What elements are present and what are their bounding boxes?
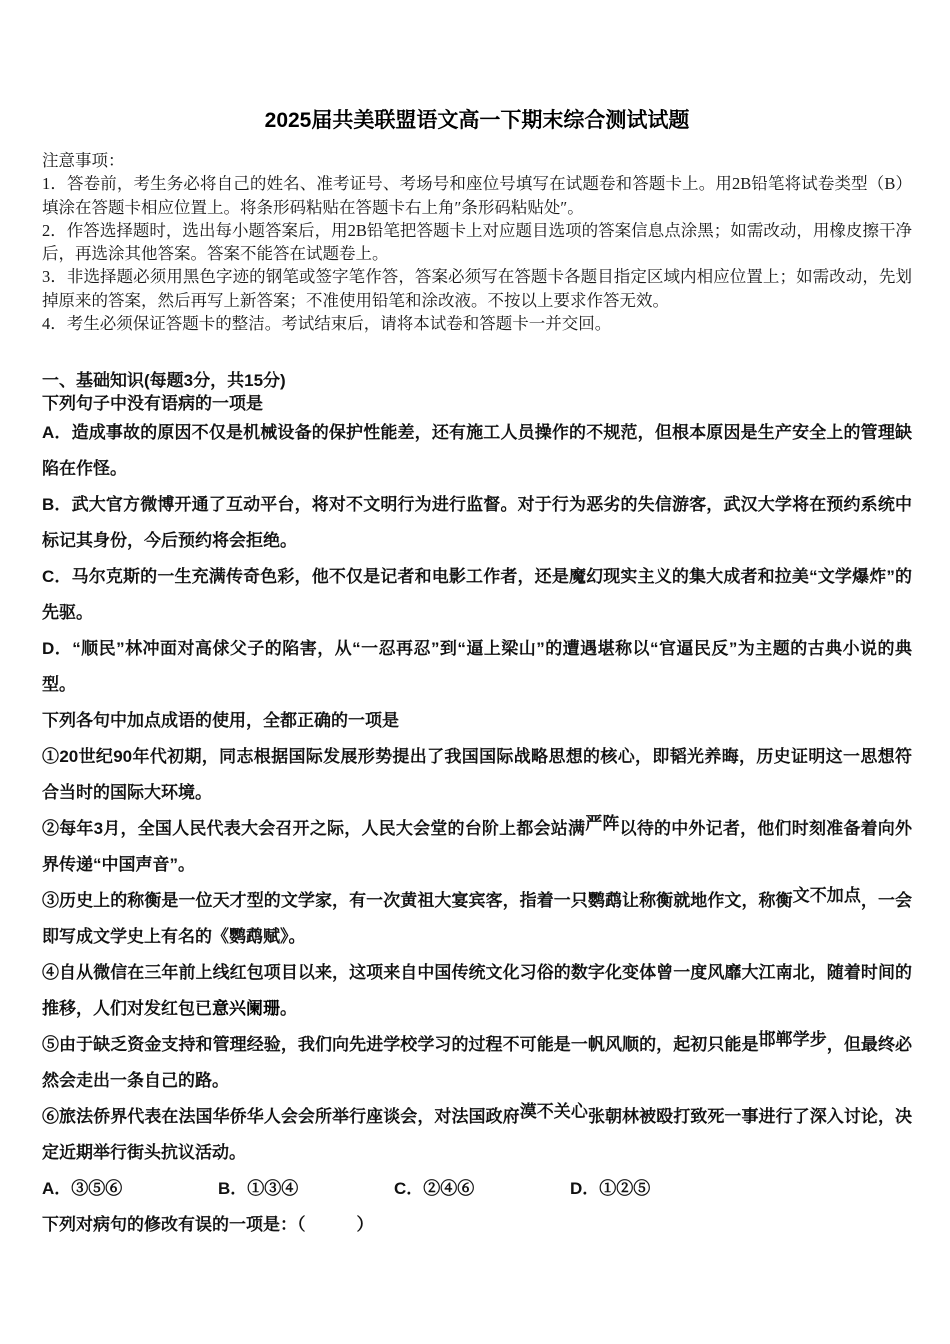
q3-prompt: 下列对病句的修改有误的一项是：（ ）: [42, 1207, 912, 1243]
q2-stem-item: ①20世纪90年代初期，同志根据国际发展形势提出了我国国际战略思想的核心，即韬光…: [42, 739, 912, 811]
q1-option-d: D．“顺民”林冲面对高俅父子的陷害，从“一忍再忍”到“逼上梁山”的遭遇堪称以“官…: [42, 631, 912, 703]
q2-answer-c: C．②④⑥: [394, 1171, 570, 1207]
emphasized-idiom: 邯郸学步: [759, 1030, 827, 1049]
notice-item-1: 1．答卷前，考生务必将自己的姓名、准考证号、考场号和座位号填写在试题卷和答题卡上…: [42, 172, 912, 219]
q1-option-b: B．武大官方微博开通了互动平台，将对不文明行为进行监督。对于行为恶劣的失信游客，…: [42, 487, 912, 559]
q2-stem-list: ①20世纪90年代初期，同志根据国际发展形势提出了我国国际战略思想的核心，即韬光…: [42, 739, 912, 1171]
stem-text: ④自从微信在三年前上线红包项目以来，这项来自中国传统文化习俗的数字化变体曾一度风…: [42, 963, 912, 1018]
notice-section: 注意事项： 1．答卷前，考生务必将自己的姓名、准考证号、考场号和座位号填写在试题…: [42, 149, 912, 335]
stem-text: ①20世纪90年代初期，同志根据国际发展形势提出了我国国际战略思想的核心，即韬光…: [42, 747, 912, 802]
q2-answer-row: A．③⑤⑥ B．①③④ C．②④⑥ D．①②⑤: [42, 1171, 912, 1207]
question-section: 一、基础知识(每题3分，共15分) 下列句子中没有语病的一项是 A．造成事故的原…: [42, 369, 912, 1243]
section-one-heading: 一、基础知识(每题3分，共15分): [42, 369, 912, 392]
q2-stem-item: ⑥旅法侨界代表在法国华侨华人会会所举行座谈会，对法国政府漠不关心张朝林被殴打致死…: [42, 1099, 912, 1171]
q1-option-a: A．造成事故的原因不仅是机械设备的保护性能差，还有施工人员操作的不规范，但根本原…: [42, 415, 912, 487]
stem-text: ②每年3月，全国人民代表大会召开之际，人民大会堂的台阶上都会站满: [42, 819, 585, 838]
emphasized-idiom: 漠不关心: [520, 1102, 588, 1121]
q2-stem-item: ④自从微信在三年前上线红包项目以来，这项来自中国传统文化习俗的数字化变体曾一度风…: [42, 955, 912, 1027]
q1-option-c: C．马尔克斯的一生充满传奇色彩，他不仅是记者和电影工作者，还是魔幻现实主义的集大…: [42, 559, 912, 631]
stem-text: ⑥旅法侨界代表在法国华侨华人会会所举行座谈会，对法国政府: [42, 1107, 520, 1126]
stem-text: 。: [280, 999, 297, 1018]
notice-item-3: 3．非选择题必须用黑色字迹的钢笔或签字笔作答，答案必须写在答题卡各题目指定区域内…: [42, 265, 912, 312]
emphasized-idiom: 文不加点: [793, 886, 861, 905]
q1-prompt: 下列句子中没有语病的一项是: [42, 392, 912, 415]
page-title: 2025届共美联盟语文高一下期末综合测试试题: [42, 106, 912, 136]
notice-item-4: 4．考生必须保证答题卡的整洁。考试结束后，请将本试卷和答题卡一并交回。: [42, 312, 912, 335]
q2-answer-b: B．①③④: [218, 1171, 394, 1207]
q2-prompt: 下列各句中加点成语的使用，全都正确的一项是: [42, 703, 912, 739]
notice-item-2: 2．作答选择题时，选出每小题答案后，用2B铅笔把答题卡上对应题目选项的答案信息点…: [42, 219, 912, 266]
exam-page: 2025届共美联盟语文高一下期末综合测试试题 注意事项： 1．答卷前，考生务必将…: [0, 0, 950, 1344]
stem-text: ⑤由于缺乏资金支持和管理经验，我们向先进学校学习的过程不可能是一帆风顺的，起初只…: [42, 1035, 759, 1054]
q2-answer-a: A．③⑤⑥: [42, 1171, 218, 1207]
stem-text: ③历史上的称衡是一位天才型的文学家，有一次黄祖大宴宾客，指着一只鹦鹉让称衡就地作…: [42, 891, 793, 910]
q2-stem-item: ②每年3月，全国人民代表大会召开之际，人民大会堂的台阶上都会站满严阵以待的中外记…: [42, 811, 912, 883]
q2-answer-d: D．①②⑤: [570, 1171, 650, 1207]
emphasized-idiom: 意兴阑珊: [212, 999, 280, 1018]
emphasized-idiom: 严阵: [585, 814, 619, 833]
q2-stem-item: ⑤由于缺乏资金支持和管理经验，我们向先进学校学习的过程不可能是一帆风顺的，起初只…: [42, 1027, 912, 1099]
notice-heading: 注意事项：: [42, 149, 912, 172]
q2-stem-item: ③历史上的称衡是一位天才型的文学家，有一次黄祖大宴宾客，指着一只鹦鹉让称衡就地作…: [42, 883, 912, 955]
